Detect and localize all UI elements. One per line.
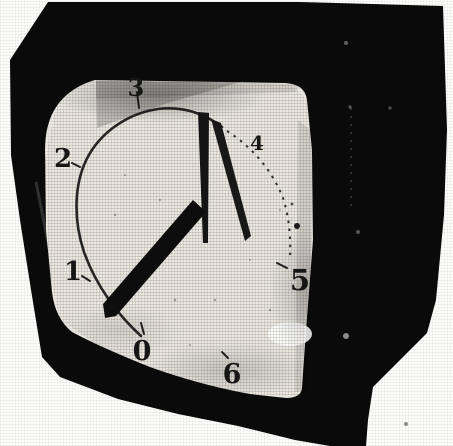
scale-label-4: 4 bbox=[250, 131, 264, 155]
dial-dot bbox=[291, 203, 294, 206]
background-speck bbox=[404, 422, 408, 426]
scale-label-1: 1 bbox=[64, 257, 82, 287]
scale-label-6: 6 bbox=[223, 359, 242, 390]
scale-label-3: 3 bbox=[128, 73, 145, 102]
scale-label-0: 0 bbox=[133, 336, 152, 367]
scale-label-5: 5 bbox=[290, 263, 310, 297]
dial-screw bbox=[294, 223, 300, 229]
meter-photo: 0 1 2 3 4 5 6 bbox=[0, 0, 453, 446]
face-reflection bbox=[268, 322, 312, 346]
meter-illustration: 0 1 2 3 4 5 6 bbox=[0, 0, 453, 446]
scale-label-2: 2 bbox=[54, 144, 72, 174]
